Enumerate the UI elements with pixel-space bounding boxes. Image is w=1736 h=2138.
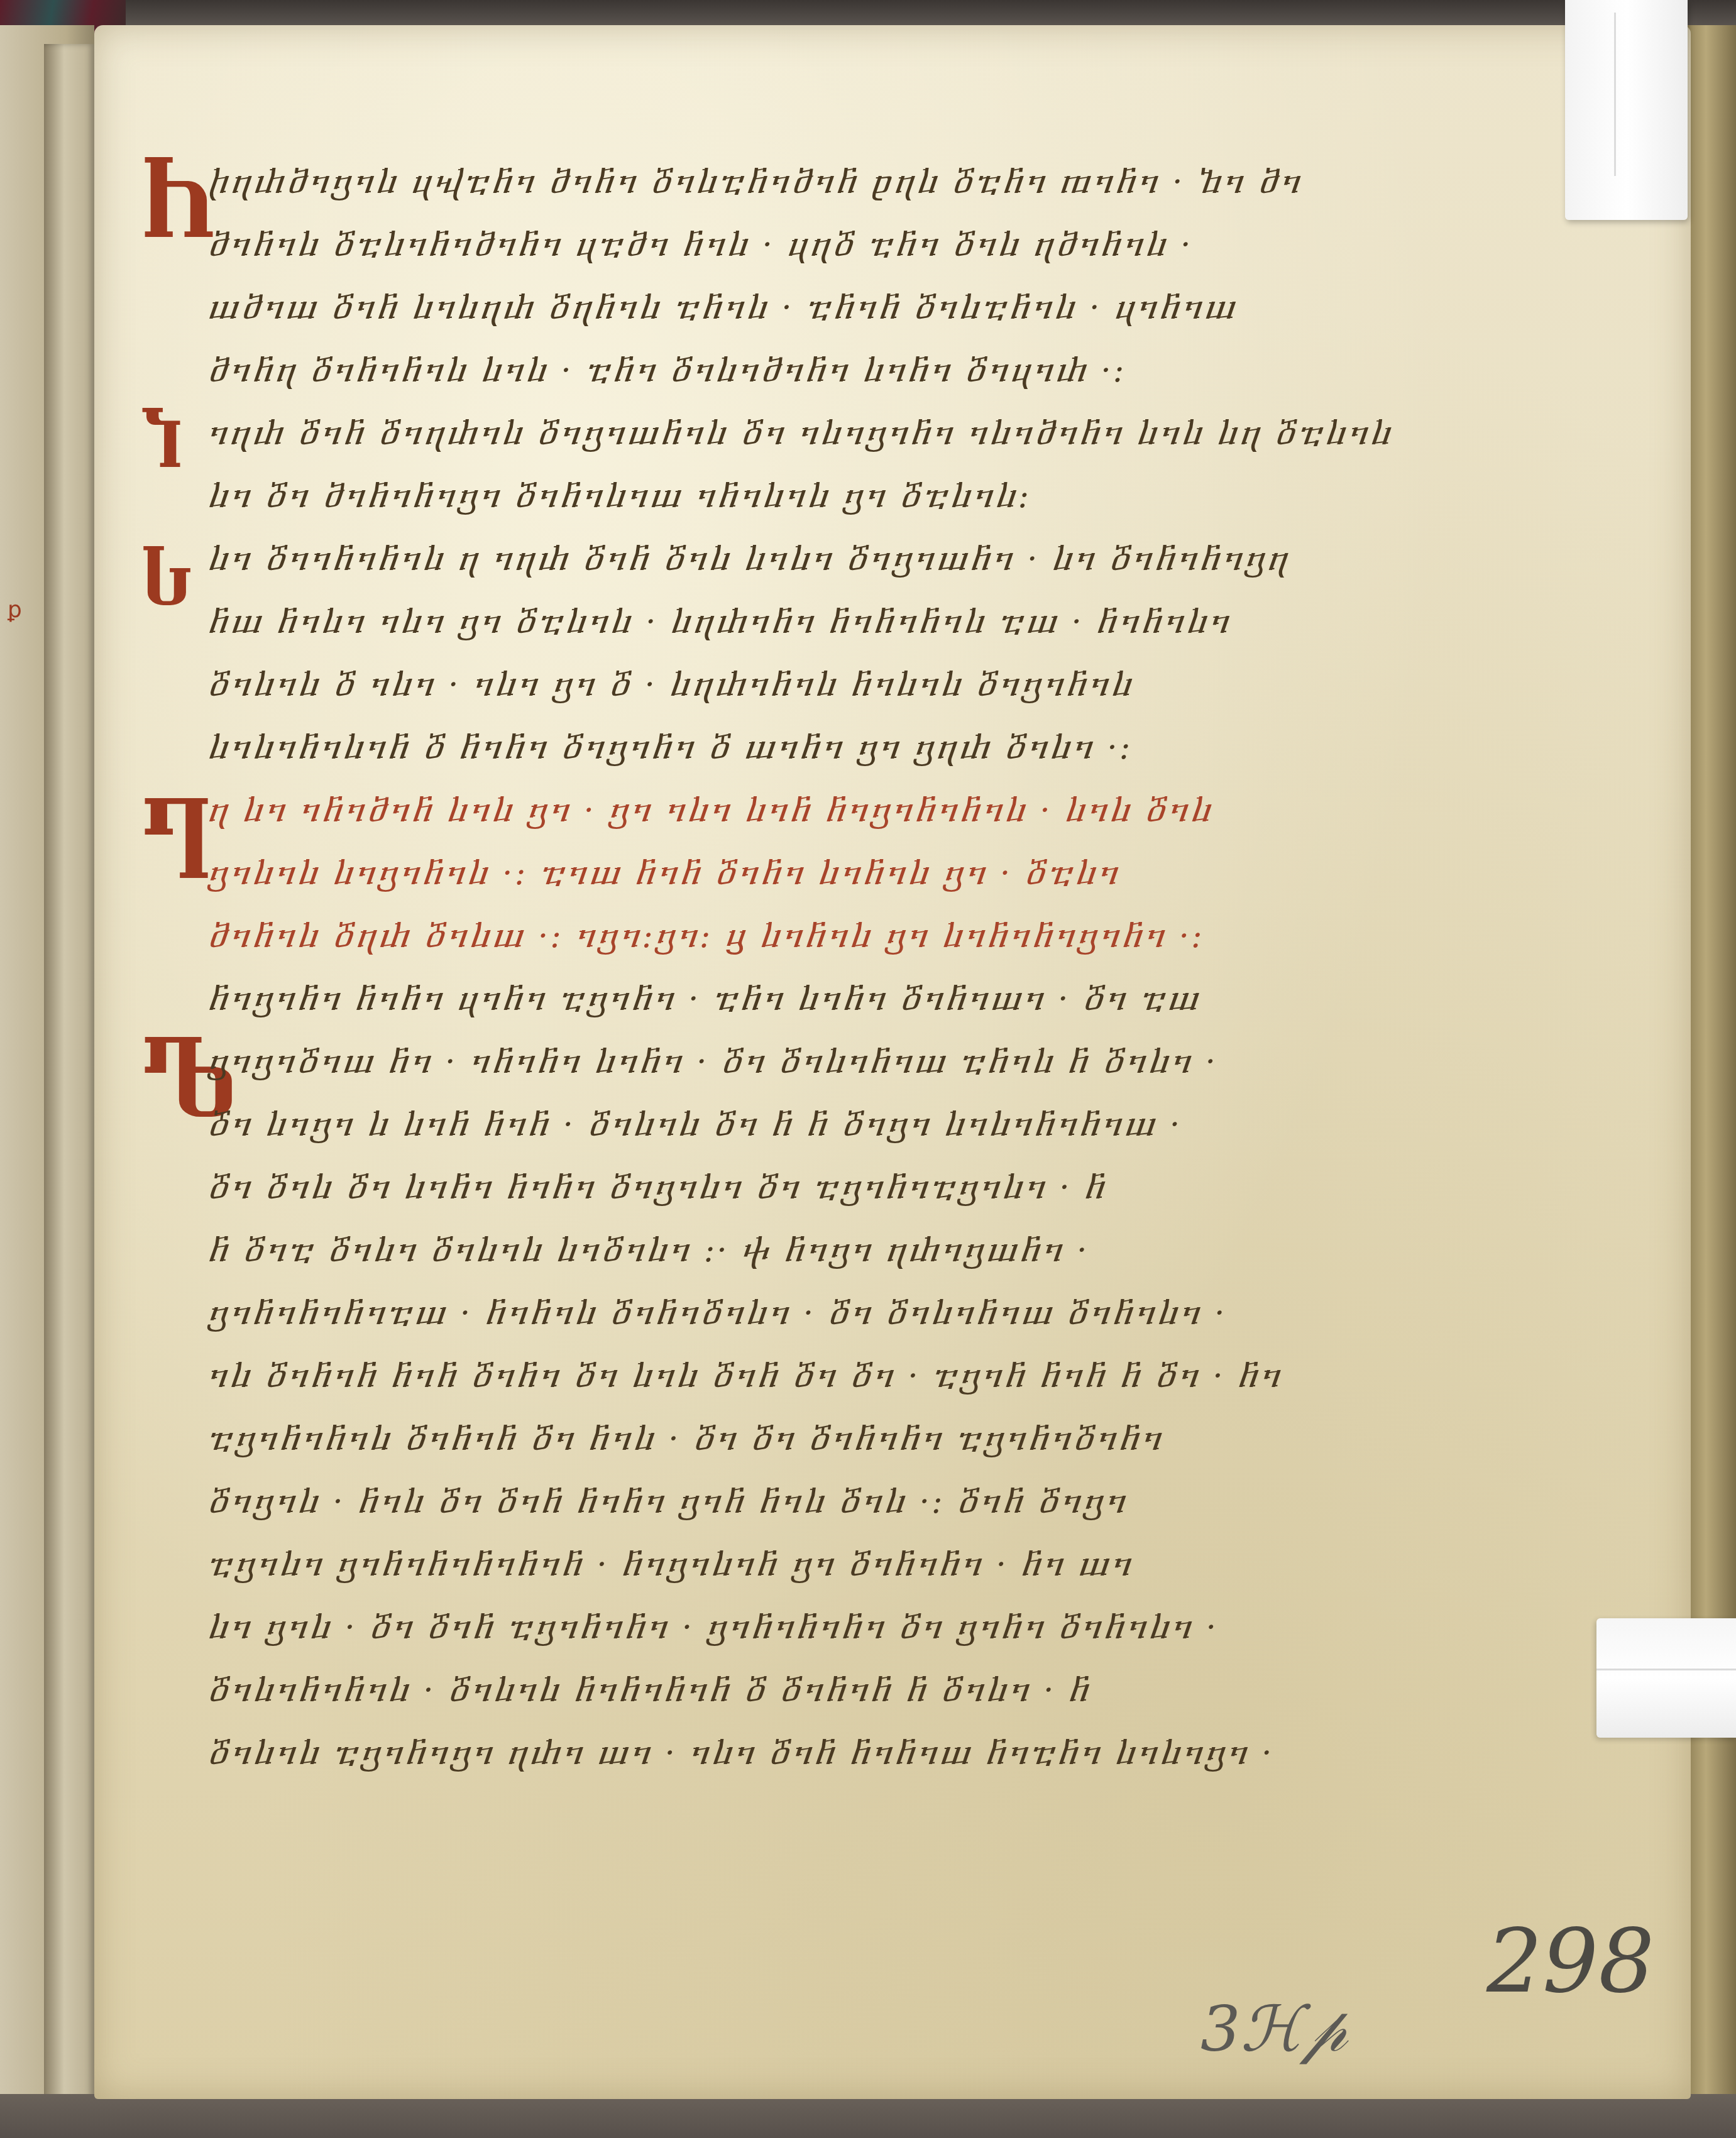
folio-number: 298 [1486, 1910, 1654, 2013]
pencil-shelfmark: 3ℋ𝓅 [1200, 1992, 1348, 2066]
book-gutter [44, 44, 94, 2138]
text-line: ⴃⴈⴂⴈⴑ · ⴌⴈⴑ ⴃⴈ ⴃⴈⴌ ⴌⴈⴌⴈ ⴂⴈⴌ ⴌⴈⴑ ⴃⴈⴑ ·: ⴃ… [207, 1471, 1458, 1533]
text-line: ⴈⴄⴐ ⴃⴈⴌ ⴃⴈⴄⴐⴈⴑ ⴃⴈⴂⴈⴍⴌⴈⴑ ⴃⴈ ⴈⴑⴈⴂⴈⴌⴈ ⴈⴑⴈⴋⴈ… [207, 402, 1458, 465]
text-line: ⴃⴈⴑⴈⴌⴈⴌⴈⴑ · ⴃⴈⴑⴈⴑ ⴌⴈⴌⴈⴌⴈⴌ ⴃ ⴃⴈⴌⴈⴌ ⴌ ⴃⴈⴑⴈ… [207, 1659, 1458, 1722]
page-clip-right [1596, 1618, 1736, 1738]
text-line: ⴑⴈⴑⴈⴌⴈⴑⴈⴌ ⴃ ⴌⴈⴌⴈ ⴃⴈⴂⴈⴌⴈ ⴃ ⴍⴈⴌⴈ ⴂⴈ ⴂⴄⴐ ⴃⴈ… [207, 716, 1458, 779]
initial-letter: Ⴑ [140, 547, 194, 616]
text-line: ⴌ ⴃⴈⴀ ⴃⴈⴑⴈ ⴃⴈⴑⴈⴑ ⴑⴈⴃⴈⴑⴈ :· ⴕ ⴌⴈⴂⴈ ⴄⴐⴈⴂⴍⴌ… [207, 1219, 1458, 1282]
text-line: ⴃⴈⴑⴈⴑ ⴃ ⴈⴑⴈ · ⴈⴑⴈ ⴂⴈ ⴃ · ⴑⴄⴐⴈⴌⴈⴑ ⴌⴈⴑⴈⴑ ⴃ… [207, 654, 1458, 716]
text-block: ⴙⴄⴐⴋⴈⴂⴈⴑ ⴗⴏⴀⴌⴈ ⴋⴈⴌⴈ ⴃⴈⴑⴀⴌⴈⴋⴈⴌ ⴒⴄⴑ ⴃⴀⴌⴈ ⴊ… [207, 151, 1458, 1785]
rubric-line: ⴂⴈⴑⴈⴑ ⴑⴈⴂⴈⴌⴈⴑ ·: ⴀⴈⴍ ⴌⴈⴌ ⴃⴈⴌⴈ ⴑⴈⴌⴈⴑ ⴂⴈ ·… [207, 842, 1458, 905]
initial-letter: Ⴈ [140, 408, 184, 478]
text-line: ⴀⴂⴈⴌⴈⴌⴈⴑ ⴃⴈⴌⴈⴌ ⴃⴈ ⴌⴈⴑ · ⴃⴈ ⴃⴈ ⴃⴈⴌⴈⴌⴈ ⴀⴂⴈ… [207, 1408, 1458, 1471]
text-line: ⴋⴈⴌⴈⴑ ⴃⴀⴑⴈⴌⴈⴋⴈⴌⴈ ⴗⴀⴋⴈ ⴌⴈⴑ · ⴗⴄⴃ ⴀⴌⴈ ⴃⴈⴑ … [207, 214, 1458, 277]
text-line: ⴑⴈ ⴂⴈⴑ · ⴃⴈ ⴃⴈⴌ ⴀⴂⴈⴌⴈⴌⴈ · ⴂⴈⴌⴈⴌⴈⴌⴈ ⴃⴈ ⴂⴈ… [207, 1596, 1458, 1659]
text-line: ⴋⴈⴌⴄ ⴃⴈⴌⴈⴌⴈⴑ ⴑⴈⴑ · ⴀⴌⴈ ⴃⴈⴑⴈⴋⴈⴌⴈ ⴑⴈⴌⴈ ⴃⴈⴗ… [207, 339, 1458, 402]
margin-note: ꝑ [8, 597, 22, 623]
page-clip-top [1565, 0, 1688, 220]
text-line: ⴃⴈⴑⴈⴑ ⴀⴂⴈⴌⴈⴂⴈ ⴄⴐⴈ ⴍⴈ · ⴈⴑⴈ ⴃⴈⴌ ⴌⴈⴌⴈⴍ ⴌⴈⴀ… [207, 1722, 1458, 1785]
text-line: ⴃⴈ ⴑⴈⴂⴈ ⴑ ⴑⴈⴌ ⴌⴈⴌ · ⴃⴈⴑⴈⴑ ⴃⴈ ⴌ ⴌ ⴃⴈⴂⴈ ⴑⴈ… [207, 1094, 1458, 1156]
text-line: ⴍⴋⴈⴍ ⴃⴈⴌ ⴑⴈⴑⴄⴐ ⴃⴄⴌⴈⴑ ⴀⴌⴈⴑ · ⴀⴌⴈⴌ ⴃⴈⴑⴀⴌⴈⴑ… [207, 277, 1458, 339]
text-line: ⴑⴈ ⴃⴈ ⴋⴈⴌⴈⴌⴈⴂⴈ ⴃⴈⴌⴈⴑⴈⴍ ⴈⴌⴈⴑⴈⴑ ⴂⴈ ⴃⴀⴑⴈⴑ: [207, 465, 1458, 528]
rubric-line: ⴋⴈⴌⴈⴑ ⴃⴄⴐ ⴃⴈⴑⴍ ·: ⴈⴂⴈ:ⴂⴈ: ⴁ ⴑⴈⴌⴈⴑ ⴂⴈ ⴑⴈⴌ… [207, 905, 1458, 968]
text-line: ⴀⴂⴈⴑⴈ ⴂⴈⴌⴈⴌⴈⴌⴈⴌⴈⴌ · ⴌⴈⴂⴈⴑⴈⴌ ⴂⴈ ⴃⴈⴌⴈⴌⴈ · … [207, 1533, 1458, 1596]
book-cradle-bottom [0, 2094, 1736, 2138]
text-line: ⴑⴈ ⴃⴈⴈⴌⴈⴌⴈⴑ ⴄ ⴈⴄⴐ ⴃⴈⴌ ⴃⴈⴑ ⴑⴈⴑⴈ ⴃⴈⴂⴈⴍⴌⴈ ·… [207, 528, 1458, 591]
text-line: ⴃⴈ ⴃⴈⴑ ⴃⴈ ⴑⴈⴌⴈ ⴌⴈⴌⴈ ⴃⴈⴂⴈⴑⴈ ⴃⴈ ⴀⴂⴈⴌⴈⴀⴂⴈⴑⴈ… [207, 1156, 1458, 1219]
initial-letter: Ⴙ [140, 157, 218, 251]
text-line: ⴌⴍ ⴌⴈⴑⴈ ⴈⴑⴈ ⴂⴈ ⴃⴀⴑⴈⴑ · ⴑⴄⴐⴈⴌⴈ ⴌⴈⴌⴈⴌⴈⴑ ⴀⴍ… [207, 591, 1458, 654]
text-line: ⴂⴈⴂⴈⴃⴈⴍ ⴌⴈ · ⴈⴌⴈⴌⴈ ⴑⴈⴌⴈ · ⴃⴈ ⴃⴈⴑⴈⴌⴈⴍ ⴀⴌⴈ… [207, 1031, 1458, 1094]
text-line: ⴈⴑ ⴃⴈⴌⴈⴌ ⴌⴈⴌ ⴃⴈⴌⴈ ⴃⴈ ⴑⴈⴑ ⴃⴈⴌ ⴃⴈ ⴃⴈ · ⴀⴂⴈ… [207, 1345, 1458, 1408]
rubric-line: ⴄ ⴑⴈ ⴈⴌⴈⴋⴈⴌ ⴑⴈⴑ ⴂⴈ · ⴂⴈ ⴈⴑⴈ ⴑⴈⴌ ⴌⴈⴂⴈⴌⴈⴌⴈ… [207, 779, 1458, 842]
text-line: ⴌⴈⴂⴈⴌⴈ ⴌⴈⴌⴈ ⴗⴈⴌⴈ ⴀⴂⴈⴌⴈ · ⴀⴌⴈ ⴑⴈⴌⴈ ⴃⴈⴌⴈⴍⴈ… [207, 968, 1458, 1031]
page-stack-edge [1686, 25, 1736, 2138]
text-line: ⴂⴈⴌⴈⴌⴈⴌⴈⴀⴍ · ⴌⴈⴌⴈⴑ ⴃⴈⴌⴈⴃⴈⴑⴈ · ⴃⴈ ⴃⴈⴑⴈⴌⴈⴍ… [207, 1282, 1458, 1345]
initial-letter: Ⴄ [140, 798, 213, 892]
text-line: ⴙⴄⴐⴋⴈⴂⴈⴑ ⴗⴏⴀⴌⴈ ⴋⴈⴌⴈ ⴃⴈⴑⴀⴌⴈⴋⴈⴌ ⴒⴄⴑ ⴃⴀⴌⴈ ⴊ… [207, 151, 1458, 214]
